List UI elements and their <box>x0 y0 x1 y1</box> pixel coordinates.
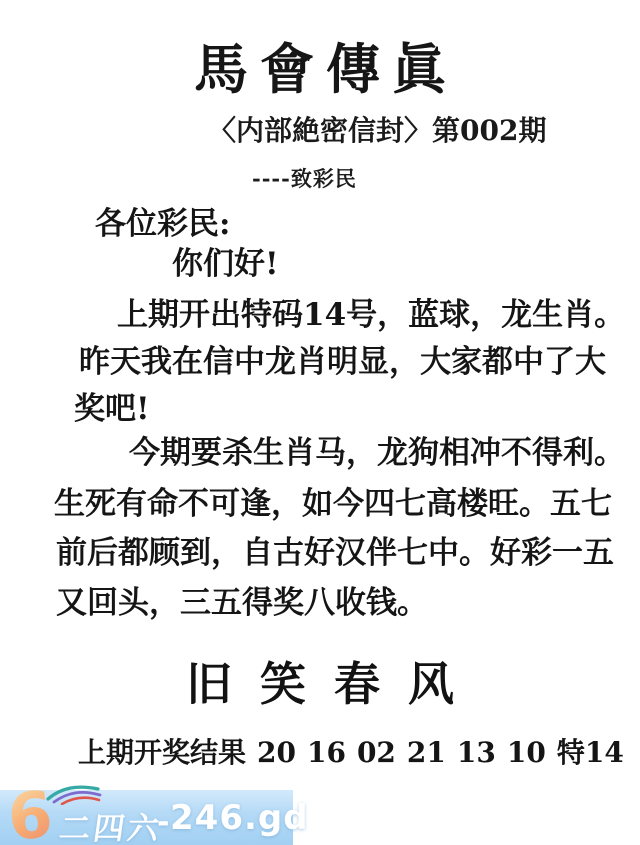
results-label: 上期开奖结果 <box>78 736 246 769</box>
result-number: 20 <box>257 736 296 769</box>
letter-line: 昨天我在信中龙肖明显，大家都中了大 <box>79 347 606 378</box>
result-number: 16 <box>307 736 346 769</box>
dedication-line: ----致彩民 <box>252 168 357 189</box>
special-number-prefix: 特 <box>557 736 585 769</box>
result-number: 10 <box>507 736 546 769</box>
ribbon-strokes-icon <box>44 783 102 805</box>
logo-domain-text: 246.gd <box>170 798 309 838</box>
logo-separator: - <box>157 805 169 840</box>
letter-line-greeting: 各位彩民: <box>95 209 230 240</box>
logo-six-digit: 6 <box>6 784 55 845</box>
letter-line: 生死有命不可逢，如今四七高楼旺。五七 <box>54 489 612 520</box>
signature: 旧笑春风 <box>0 661 640 707</box>
letter-line: 又回头，三五得奖八收钱。 <box>56 588 428 619</box>
letter-line: 今期要杀生肖马，龙狗相冲不得利。 <box>129 438 625 469</box>
fax-document: 馬會傳眞 〈内部絶密信封〉第002期 ----致彩民 各位彩民: 你们好! 上期… <box>0 0 640 845</box>
page-subtitle: 〈内部絶密信封〉第002期 <box>208 117 546 145</box>
page-title: 馬會傳眞 <box>0 42 640 96</box>
previous-draw-results: 上期开奖结果201602211310特14 <box>78 739 624 767</box>
letter-line: 上期开出特码14号，蓝球，龙生肖。 <box>117 300 625 331</box>
letter-line: 奖吧! <box>74 394 150 425</box>
special-number: 14 <box>585 736 624 769</box>
watermark-footer-band: 6 二四六 - 246.gd <box>0 790 293 845</box>
result-number: 21 <box>407 736 446 769</box>
logo-brand-text: 二四六 <box>57 803 165 845</box>
letter-line: 前后都顾到，自古好汉伴七中。好彩一五 <box>56 538 614 569</box>
result-number: 13 <box>457 736 496 769</box>
result-number: 02 <box>357 736 396 769</box>
letter-line-hello: 你们好! <box>172 249 279 280</box>
